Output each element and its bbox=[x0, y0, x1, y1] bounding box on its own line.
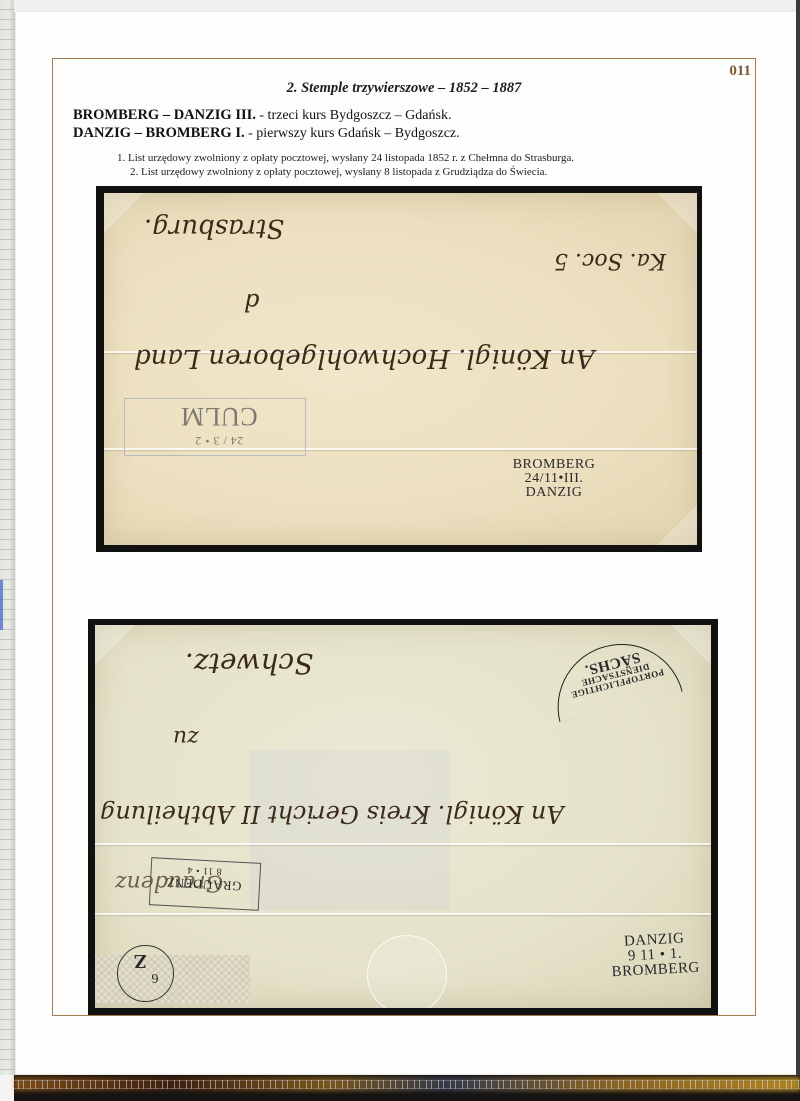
handwriting-destination: Schwetz. bbox=[185, 647, 313, 680]
mount-corner bbox=[95, 625, 135, 665]
culm-stamp-date: 24 / 3 • 2 bbox=[149, 435, 289, 447]
fold-line bbox=[95, 843, 711, 845]
mount-corner bbox=[657, 193, 697, 233]
page-number: 011 bbox=[729, 63, 751, 80]
route-stamp-line1: BROMBERG bbox=[499, 458, 609, 472]
caption-1: 1. List urzędowy zwolniony z opłaty pocz… bbox=[117, 152, 574, 164]
route-stamp-line2: 24/11•III. bbox=[499, 472, 609, 486]
handwriting-address: An Königl. Kreis Gericht II Abtheilung bbox=[100, 800, 564, 828]
page-title: 2. Stemple trzywierszowe – 1852 – 1887 bbox=[53, 80, 755, 97]
mount-corner bbox=[671, 625, 711, 665]
film-strip bbox=[14, 1075, 800, 1101]
embossed-seal bbox=[367, 935, 447, 1008]
paper-shadow bbox=[250, 750, 450, 910]
route-stamp-line3: BROMBERG bbox=[600, 960, 711, 981]
fold-line bbox=[95, 913, 711, 915]
arrival-stamp-letter: Z bbox=[133, 951, 147, 971]
graudenz-postmark: GRAUDENZ 8 11 • 4 bbox=[152, 862, 255, 893]
route-name: DANZIG – BROMBERG I. bbox=[73, 125, 245, 141]
film-perforations bbox=[14, 1080, 800, 1089]
mount-corner bbox=[657, 505, 697, 545]
sleeve-right-edge bbox=[796, 0, 800, 1075]
route-stamp-line3: DANZIG bbox=[499, 486, 609, 500]
culm-postmark: 24 / 3 • 2 CULM bbox=[149, 403, 289, 447]
danzig-bromberg-route-stamp: DANZIG 9 11 • 1. BROMBERG bbox=[599, 930, 711, 981]
sleeve-mark bbox=[0, 580, 3, 630]
handwriting-destination: Strasburg. bbox=[144, 213, 284, 243]
route-description: - trzeci kurs Bydgoszcz – Gdańsk. bbox=[256, 108, 452, 123]
route-name: BROMBERG – DANZIG III. bbox=[73, 107, 256, 123]
route-line-1: BROMBERG – DANZIG III. - trzeci kurs Byd… bbox=[73, 107, 451, 124]
handwriting-zu: zu bbox=[173, 725, 199, 750]
cover-1-letter: Strasburg. Ka. Soc. 5 d An Königl. Hochw… bbox=[104, 193, 697, 545]
handwriting-address: An Königl. Hochwohlgeboren Land bbox=[134, 343, 595, 373]
album-sleeve-strip bbox=[0, 0, 15, 1075]
bromberg-danzig-route-stamp: BROMBERG 24/11•III. DANZIG bbox=[499, 458, 609, 500]
route-description: - pierwszy kurs Gdańsk – Bydgoszcz. bbox=[245, 126, 460, 141]
handwriting-note: Ka. Soc. 5 bbox=[554, 248, 666, 273]
culm-stamp-town: CULM bbox=[149, 403, 289, 429]
cover-2-letter: Schwetz. zu An Königl. Kreis Gericht II … bbox=[95, 625, 711, 1008]
mount-corner bbox=[104, 193, 144, 233]
caption-2: 2. List urzędowy zwolniony z opłaty pocz… bbox=[130, 166, 547, 178]
route-line-2: DANZIG – BROMBERG I. - pierwszy kurs Gda… bbox=[73, 125, 460, 142]
handwriting-in: d bbox=[244, 288, 259, 316]
arrival-stamp-number: 6 bbox=[151, 970, 159, 984]
